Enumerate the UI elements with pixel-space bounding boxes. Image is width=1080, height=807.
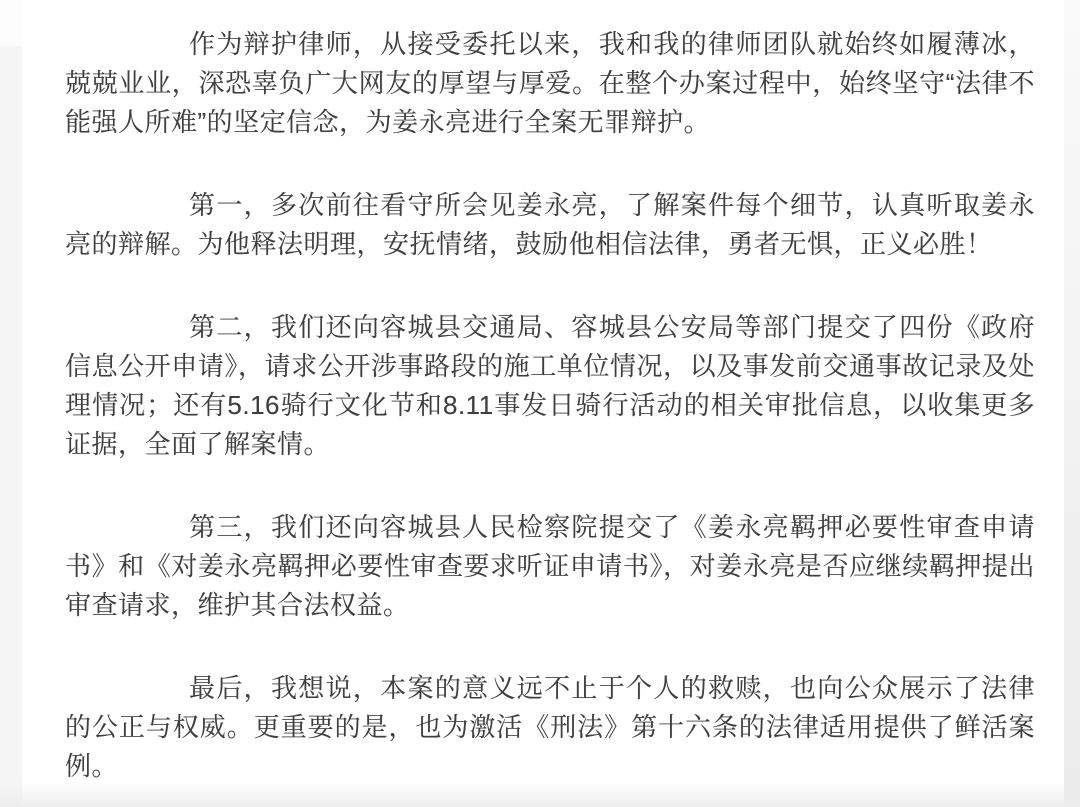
paragraph-first-point: 第一，多次前往看守所会见姜永亮，了解案件每个细节，认真听取姜永亮的辩解。为他释法…: [65, 186, 1035, 264]
paragraph-third-point: 第三，我们还向容城县人民检察院提交了《姜永亮羁押必要性审查申请书》和《对姜永亮羁…: [65, 508, 1035, 625]
paragraph-conclusion: 最后，我想说，本案的意义远不止于个人的救赎，也向公众展示了法律的公正与权威。更重…: [65, 669, 1035, 786]
paragraph-intro: 作为辩护律师，从接受委托以来，我和我的律师团队就始终如履薄冰，兢兢业业，深恐辜负…: [65, 25, 1035, 142]
document-page: { "page": { "background_color": "#ffffff…: [0, 0, 1080, 807]
paragraph-second-point: 第二，我们还向容城县交通局、容城县公安局等部门提交了四份《政府信息公开申请》，请…: [65, 308, 1035, 464]
bottom-edge-artifact: [0, 783, 1080, 807]
article-body: 作为辩护律师，从接受委托以来，我和我的律师团队就始终如履薄冰，兢兢业业，深恐辜负…: [0, 0, 1080, 807]
